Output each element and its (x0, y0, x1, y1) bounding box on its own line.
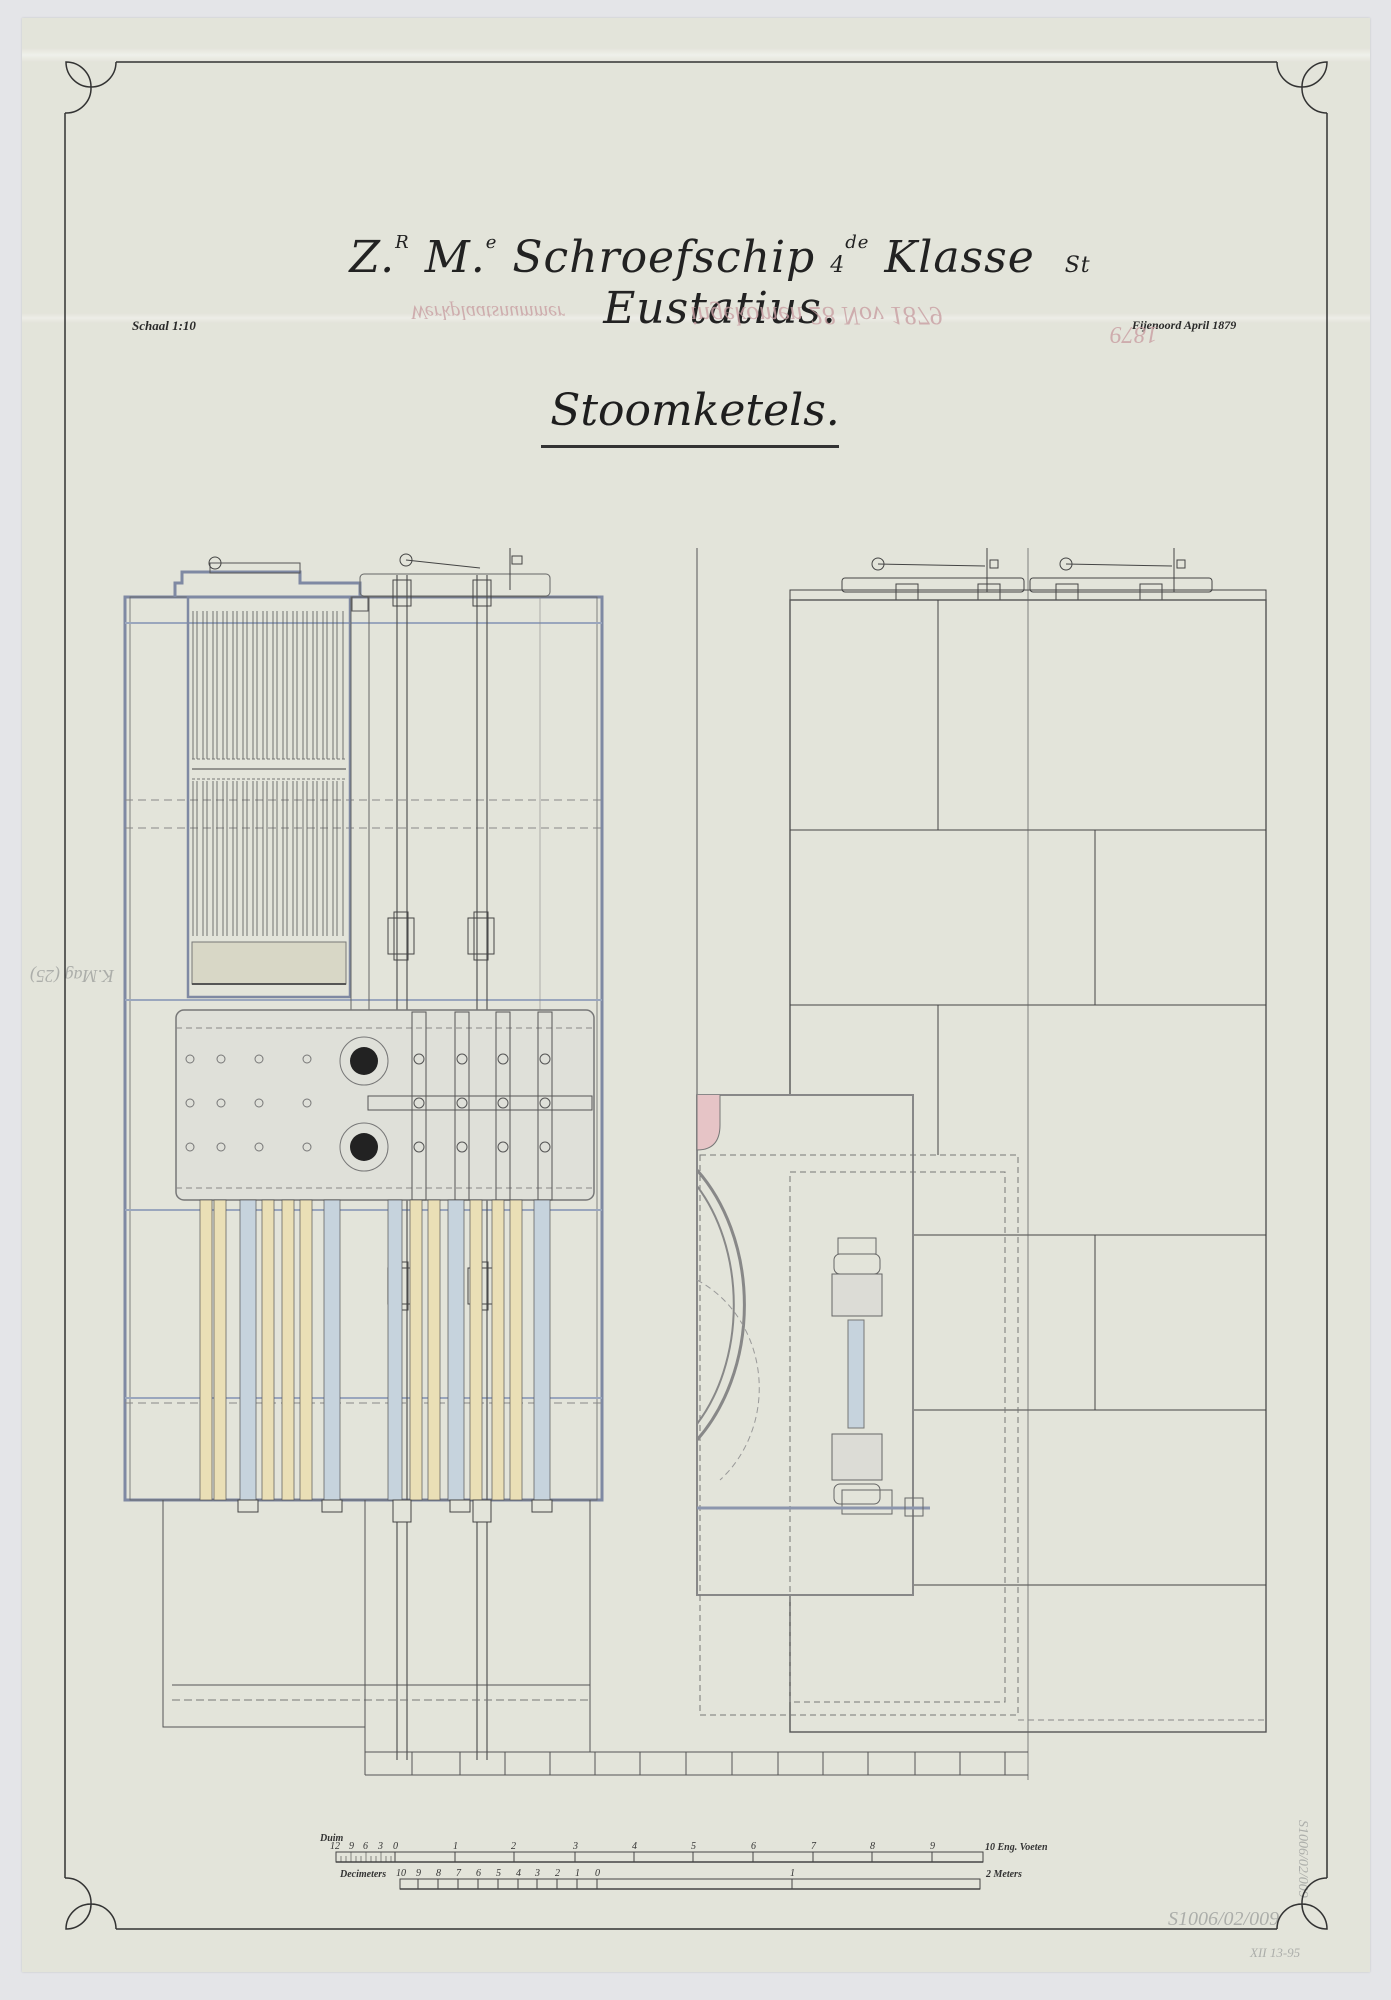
scale-bottom-label: Decimeters (340, 1869, 386, 1880)
scale-bottom-left-tick-2: 8 (436, 1868, 441, 1879)
scale-top-left-tick-0: 12 (330, 1841, 340, 1852)
technical-drawing (0, 0, 1391, 2000)
scale-top-left-tick-3: 3 (378, 1841, 383, 1852)
scale-top-left-tick-4: 0 (393, 1841, 398, 1852)
scale-bottom-end: 2 Meters (986, 1869, 1022, 1880)
scale-bottom-left-tick-6: 4 (516, 1868, 521, 1879)
scale-bottom-left-tick-7: 3 (535, 1868, 540, 1879)
scale-bar (336, 1852, 983, 1889)
scale-top-end: 10 Eng. Voeten (985, 1842, 1048, 1853)
scale-bottom-left-tick-4: 6 (476, 1868, 481, 1879)
scale-bottom-left-tick-3: 7 (456, 1868, 461, 1879)
scale-top-tick-1: 1 (453, 1841, 458, 1852)
scale-bottom-left-tick-9: 1 (575, 1868, 580, 1879)
scale-bottom-left-tick-8: 2 (555, 1868, 560, 1879)
scale-top-tick-7: 7 (811, 1841, 816, 1852)
scale-bottom-left-tick-0: 10 (396, 1868, 406, 1879)
left-view (125, 548, 602, 1760)
scale-top-tick-2: 2 (511, 1841, 516, 1852)
scale-bottom-left-tick-10: 0 (595, 1868, 600, 1879)
scale-top-tick-8: 8 (870, 1841, 875, 1852)
scale-top-left-tick-2: 6 (363, 1841, 368, 1852)
scale-top-tick-6: 6 (751, 1841, 756, 1852)
scale-bottom-tick-1: 1 (790, 1868, 795, 1879)
scale-top-tick-5: 5 (691, 1841, 696, 1852)
scale-top-tick-4: 4 (632, 1841, 637, 1852)
scale-top-tick-3: 3 (573, 1841, 578, 1852)
scale-top-left-tick-1: 9 (349, 1841, 354, 1852)
scale-bottom-left-tick-1: 9 (416, 1868, 421, 1879)
scale-bottom-left-tick-5: 5 (496, 1868, 501, 1879)
scale-top-tick-9: 9 (930, 1841, 935, 1852)
sheet-border (65, 62, 1327, 1929)
